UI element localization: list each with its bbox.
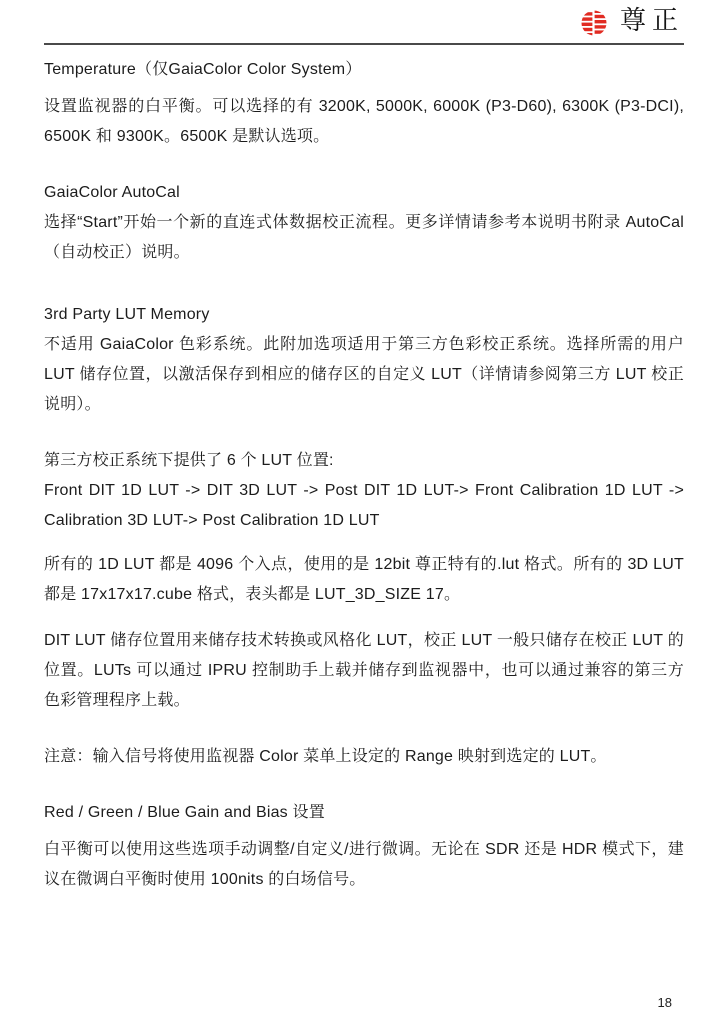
section-rgb-gain-bias: Red / Green / Blue Gain and Bias 设置 白平衡可…: [44, 798, 684, 895]
section-body: 选择“Start”开始一个新的直连式体数据校正流程。更多详情请参考本说明书附录 …: [44, 208, 684, 268]
section-3rd-party-lut-memory: 3rd Party LUT Memory 不适用 GaiaColor 色彩系统。…: [44, 300, 684, 420]
paragraph-dit-lut-storage: DIT LUT 储存位置用来储存技术转换或风格化 LUT，校正 LUT 一般只储…: [44, 626, 684, 716]
note-text: 注意：输入信号将使用监视器 Color 菜单上设定的 Range 映射到选定的 …: [44, 742, 684, 772]
section-heading: 第三方校正系统下提供了 6 个 LUT 位置:: [44, 446, 684, 476]
section-body: DIT LUT 储存位置用来储存技术转换或风格化 LUT，校正 LUT 一般只储…: [44, 626, 684, 716]
note-range-mapping: 注意：输入信号将使用监视器 Color 菜单上设定的 Range 映射到选定的 …: [44, 742, 684, 772]
section-lut-positions: 第三方校正系统下提供了 6 个 LUT 位置: Front DIT 1D LUT…: [44, 446, 684, 536]
brand-name: 尊正: [620, 8, 684, 34]
page-number: 18: [658, 995, 672, 1010]
page-header: 尊正: [44, 8, 684, 45]
document-page: 尊正 Temperature（仅GaiaColor Color System） …: [0, 0, 724, 1024]
section-gaiacolor-autocal: GaiaColor AutoCal 选择“Start”开始一个新的直连式体数据校…: [44, 178, 684, 268]
section-body: 设置监视器的白平衡。可以选择的有 3200K, 5000K, 6000K (P3…: [44, 92, 684, 152]
section-temperature: Temperature（仅GaiaColor Color System） 设置监…: [44, 55, 684, 152]
section-body: 所有的 1D LUT 都是 4096 个入点，使用的是 12bit 尊正特有的.…: [44, 550, 684, 610]
paragraph-lut-formats: 所有的 1D LUT 都是 4096 个入点，使用的是 12bit 尊正特有的.…: [44, 550, 684, 610]
section-heading: Red / Green / Blue Gain and Bias 设置: [44, 798, 684, 828]
section-body: 不适用 GaiaColor 色彩系统。此附加选项适用于第三方色彩校正系统。选择所…: [44, 330, 684, 420]
page-content: Temperature（仅GaiaColor Color System） 设置监…: [44, 55, 684, 895]
zunzheng-logo-icon: [580, 8, 608, 38]
section-body: Front DIT 1D LUT -> DIT 3D LUT -> Post D…: [44, 476, 684, 536]
section-heading: Temperature（仅GaiaColor Color System）: [44, 55, 684, 85]
section-body: 白平衡可以使用这些选项手动调整/自定义/进行微调。无论在 SDR 还是 HDR …: [44, 835, 684, 895]
section-heading: 3rd Party LUT Memory: [44, 300, 684, 330]
section-heading: GaiaColor AutoCal: [44, 178, 684, 208]
